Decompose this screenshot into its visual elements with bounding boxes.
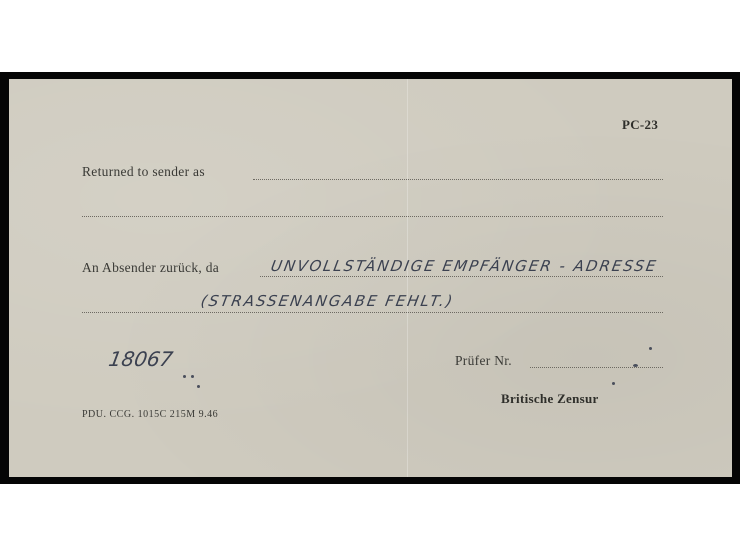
examiner-number-field-line [530, 367, 663, 368]
printer-imprint: PDU. CCG. 1015C 215M 9.46 [82, 409, 218, 420]
handwritten-reason-line-2: (STRASSENANGABE FEHLT.) [199, 292, 455, 310]
ink-mark [612, 382, 615, 385]
returned-to-sender-label: Returned to sender as [82, 164, 205, 180]
ink-mark [649, 347, 652, 350]
ink-mark [633, 364, 638, 367]
returned-to-sender-field-line-2 [82, 216, 663, 217]
returned-to-sender-field-line [253, 179, 663, 180]
reason-field-line-2 [82, 312, 663, 313]
ink-dot [197, 385, 200, 388]
examiner-number-label: Prüfer Nr. [455, 353, 512, 369]
an-absender-label: An Absender zurück, da [82, 260, 219, 276]
censorship-return-form: PC-23 Returned to sender as An Absender … [9, 79, 732, 477]
censor-label: Britische Zensur [501, 391, 599, 407]
ink-dot [183, 375, 186, 378]
form-code: PC-23 [622, 117, 658, 133]
handwritten-reason-line-1: UNVOLLSTÄNDIGE EMPFÄNGER - ADRESSE [269, 257, 659, 275]
fold-crease [407, 79, 408, 477]
reason-field-line [260, 276, 663, 277]
ink-dot [191, 375, 194, 378]
handwritten-number: 18067 [107, 347, 175, 371]
